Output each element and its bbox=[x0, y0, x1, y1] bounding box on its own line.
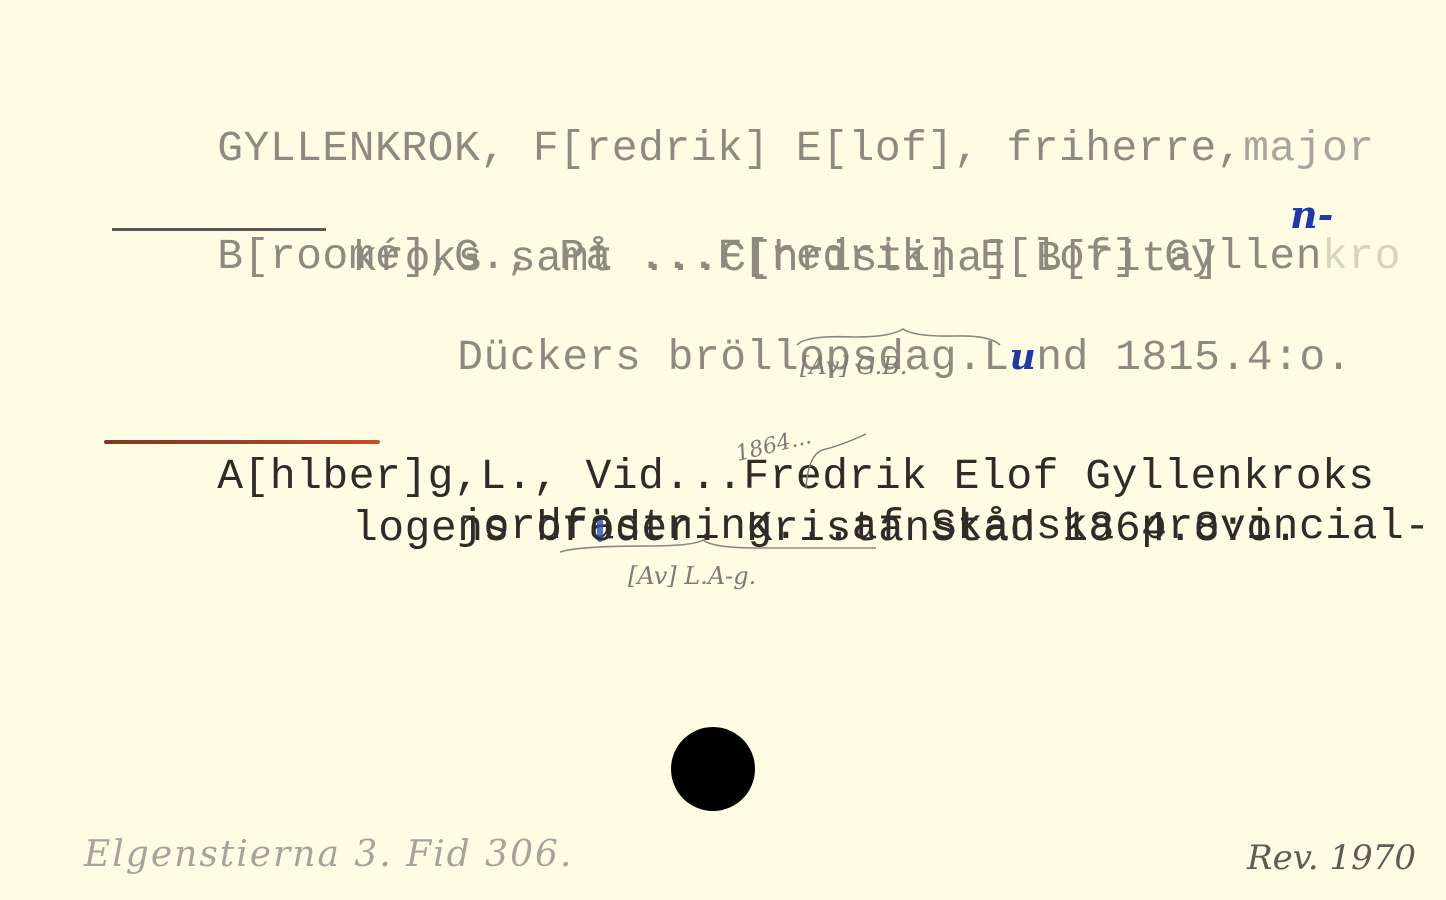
entry-1-pencil-note: [Av] G.B. bbox=[800, 352, 907, 380]
entry-1-hyphen-correction: n- bbox=[1290, 192, 1333, 237]
punch-hole bbox=[671, 727, 755, 811]
entry-2-author-underline bbox=[104, 440, 380, 444]
entry-1-cut-text: kro bbox=[1322, 232, 1401, 281]
entry-2-pencil-brace bbox=[558, 538, 878, 562]
catalog-card: GYLLENKROK, F[redrik] E[lof], friherre,m… bbox=[0, 0, 1446, 900]
entry-2-pencil-note: [Av] L.A-g. bbox=[628, 562, 756, 590]
footer-right-handwritten-note: Rev. 1970 bbox=[1247, 838, 1416, 878]
heading-tail: major bbox=[1243, 124, 1375, 173]
entry-1-line-2: kroks samt ...C[hristina] B[rita] bbox=[352, 235, 1220, 283]
entry-1-correction-u: u bbox=[1010, 336, 1037, 378]
entry-1-pencil-brace bbox=[795, 325, 1005, 353]
heading-main: GYLLENKROK, F[redrik] E[lof], friherre, bbox=[217, 124, 1243, 173]
footer-left-handwritten-note: Elgenstierna 3. Fid 306. bbox=[84, 834, 573, 875]
entry-1-author-underline bbox=[112, 228, 326, 231]
entry-1-line-3-after: nd 1815.4:o. bbox=[1036, 333, 1352, 382]
